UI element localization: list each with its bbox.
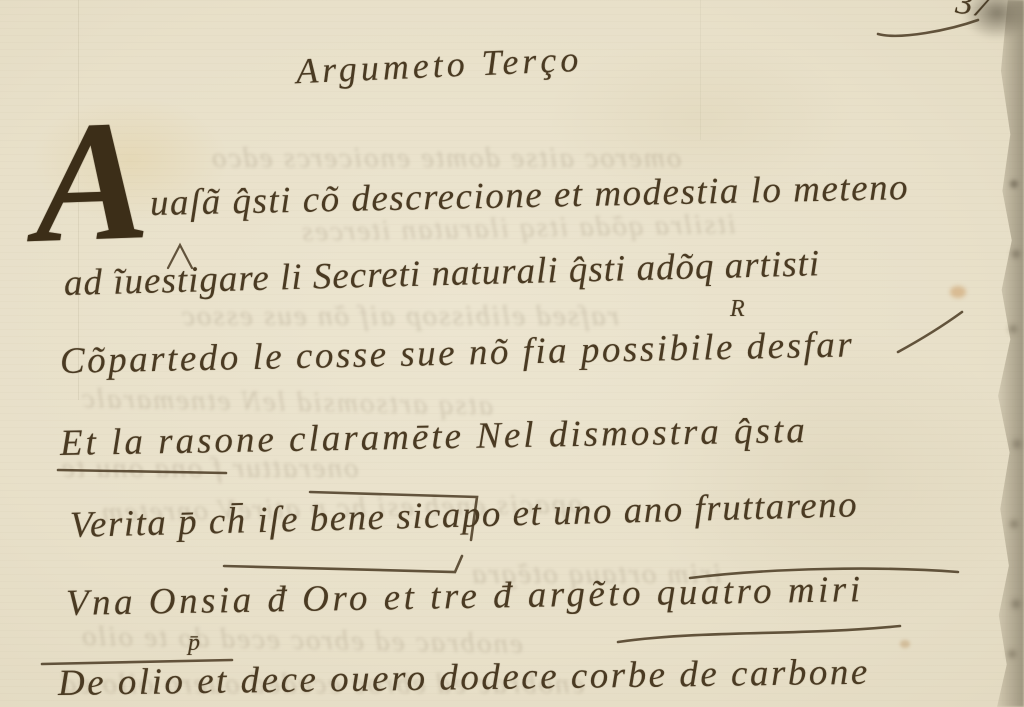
insertion-abbreviation: p̄ [188, 630, 200, 657]
bleedthrough-line: omeroc aitse domte enoicercs edco [210, 142, 681, 175]
foxing-stain [900, 640, 910, 648]
text-line: uaſã q̂sti cõ descrecione et modestia lo… [150, 166, 910, 225]
bleedthrough-line: enobrac ed ebroc eced do te oilo [80, 620, 524, 661]
text-line: De olio et dece ouero dodece corbe de ca… [58, 651, 870, 705]
bleedthrough-line: rafsed elibissop aif õn eus essoc [180, 300, 619, 333]
paper-chain-line [700, 0, 701, 140]
page-title: Argumeto Terço [295, 38, 583, 92]
edge-fiber-specks [1010, 180, 1018, 188]
text-line: Verita p̄ ch̄ iſe bene sicapo et uno ano… [69, 483, 858, 547]
overline-swash-stroke [618, 626, 900, 642]
foxing-stain [950, 286, 966, 298]
drop-cap-initial: A [31, 94, 152, 270]
manuscript-page: omeroc aitse domte enoicercs edco itsilr… [0, 0, 1024, 707]
interlinear-letter: R [730, 296, 745, 323]
underline-stroke [224, 556, 462, 572]
underline-stroke [58, 470, 226, 473]
text-line: Et la rasone claramēte Nel dismostra q̂s… [60, 409, 809, 465]
text-line: ad ĩuestigare li Secreti naturali q̂sti … [63, 242, 820, 305]
text-line: Vna Onsia đ Oro et tre đ argẽto quatro m… [66, 568, 864, 625]
text-line: Cõpartedo le cosse sue nõ fia possibile … [60, 323, 855, 383]
flourish-stroke [898, 312, 962, 352]
corner-smudge [962, 0, 1024, 40]
torn-paper-edge [988, 0, 1024, 707]
